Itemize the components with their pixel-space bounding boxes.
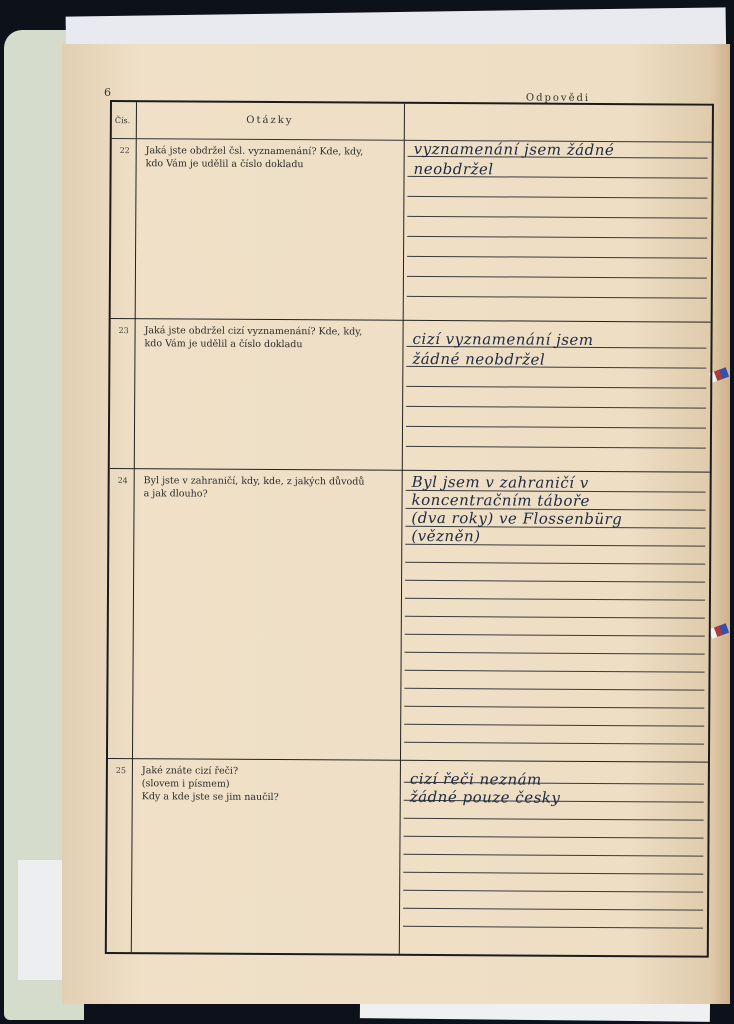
table-header: Čís. Otázky Odpovědi <box>112 102 712 143</box>
table-row: 24 Byl jste v zahraničí, kdy, kde, z jak… <box>108 468 710 763</box>
table-row: 25 Jaké znáte cizí řeči? (slovem i písme… <box>107 758 708 952</box>
handwritten-answer: vyznamenání jsem žádné <box>414 140 615 159</box>
handwritten-answer: žádné pouze česky <box>410 788 561 807</box>
table-row: 23 Jaká jste obdržel cizí vyznamenání? K… <box>110 318 711 473</box>
answer-field[interactable]: cizí řeči neznám žádné pouze česky <box>403 760 704 952</box>
row-number: 22 <box>115 146 135 155</box>
handwritten-answer: žádné neobdržel <box>412 350 545 369</box>
question-line: a jak dlouho? <box>144 487 394 502</box>
question-line: kdo Vám je udělil a číslo dokladu <box>144 337 394 352</box>
question-text: Byl jste v zahraničí, kdy, kde, z jakých… <box>144 474 394 502</box>
handwritten-answer: cizí řeči neznám <box>410 770 542 789</box>
questionnaire-table: Čís. Otázky Odpovědi 22 Jaká jste obdrže… <box>105 100 714 958</box>
row-number: 24 <box>113 476 133 485</box>
handwritten-answer: neobdržel <box>414 160 494 178</box>
row-number: 23 <box>114 326 134 335</box>
question-text: Jaké znáte cizí řeči? (slovem i písmem) … <box>142 764 392 805</box>
answer-field[interactable]: cizí vyznamenání jsem žádné neobdržel <box>406 320 707 472</box>
handwritten-answer: (dva roky) ve Flossenbürg <box>411 509 622 528</box>
table-row: 22 Jaká jste obdržel čsl. vyznamenání? K… <box>111 138 712 323</box>
question-text: Jaká jste obdržel čsl. vyznamenání? Kde,… <box>146 144 396 172</box>
document-page: 6 Čís. Otázky Odpovědi 22 Jaká jste obdr… <box>62 44 730 1004</box>
handwritten-answer: Byl jsem v zahraničí v <box>412 473 589 492</box>
answer-field[interactable]: vyznamenání jsem žádné neobdržel <box>407 140 708 322</box>
header-questions: Otázky <box>136 114 404 127</box>
header-number: Čís. <box>115 116 130 125</box>
handwritten-answer: koncentračním táboře <box>412 491 590 510</box>
handwritten-answer: cizí vyznamenání jsem <box>412 330 593 349</box>
handwritten-answer: (vězněn) <box>411 527 480 545</box>
header-answers: Odpovědi <box>404 92 712 105</box>
page-number: 6 <box>104 86 111 99</box>
question-line: Kdy a kde jste se jim naučil? <box>142 790 392 805</box>
row-number: 25 <box>111 766 131 775</box>
question-line: kdo Vám je udělil a číslo dokladu <box>146 157 396 172</box>
answer-field[interactable]: Byl jsem v zahraničí v koncentračním táb… <box>404 470 706 762</box>
question-text: Jaká jste obdržel cizí vyznamenání? Kde,… <box>144 324 394 352</box>
